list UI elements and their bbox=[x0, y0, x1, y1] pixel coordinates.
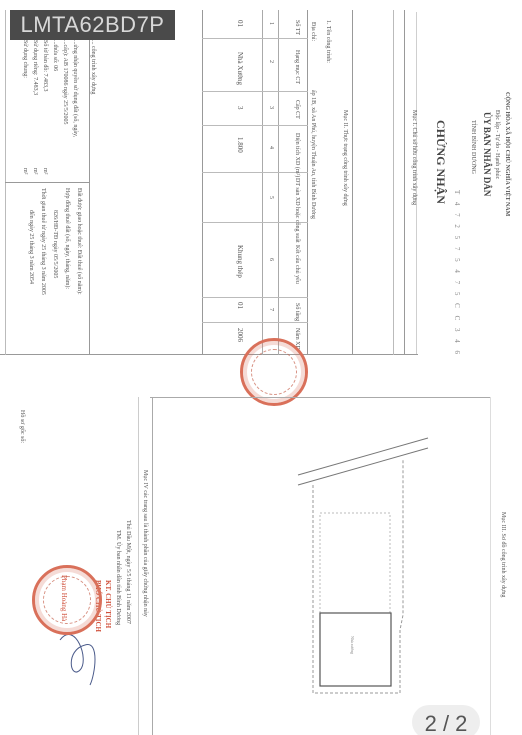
section-4-border bbox=[138, 397, 139, 735]
national-title: CỘNG HÒA XÃ HỘI CHỦ NGHĨA VIỆT NAM bbox=[504, 92, 510, 216]
land-unit: m² bbox=[22, 168, 28, 174]
authority-title: ỦY BAN NHÂN DÂN bbox=[482, 112, 492, 196]
lease-line: đến ngày 25 tháng 3 năm 2054 bbox=[28, 210, 34, 284]
table-index-divider bbox=[262, 10, 263, 355]
land-section-divider bbox=[5, 182, 90, 183]
land-line: Sử dụng riêng: 7.483,3 bbox=[32, 40, 38, 95]
section-2-border bbox=[352, 10, 353, 355]
table-border-bottom bbox=[202, 10, 203, 355]
col-sep bbox=[202, 125, 308, 126]
land-line: Sử dụng chung: bbox=[22, 40, 28, 78]
lease-line: Hợp đồng thuê đất (số, ngày, tháng, năm)… bbox=[64, 188, 70, 289]
col-sep bbox=[202, 297, 308, 298]
certificate-title: CHỨNG NHẬN bbox=[433, 120, 448, 204]
address-value: ấp 1B, xã An Phú, huyện Thuận An, tỉnh B… bbox=[310, 90, 316, 219]
table-cell: Khung thép bbox=[236, 245, 244, 278]
land-unit: m² bbox=[42, 168, 48, 174]
signer-org: TM. Ủy ban nhân dân tỉnh Bình Dương bbox=[115, 530, 121, 625]
land-unit: m² bbox=[32, 168, 38, 174]
place-date: Thủ Dầu Một, ngày 5/5 tháng 11 năm 2007 bbox=[125, 520, 131, 624]
section-1-title: Mục I. Chủ sở hữu công trình xây dựng bbox=[411, 110, 417, 205]
lease-line: Thời gian thuê từ ngày 25 tháng 3 năm 20… bbox=[40, 188, 46, 295]
table-header: Kết cấu chủ yếu bbox=[294, 245, 300, 284]
table-cell: 01 bbox=[236, 302, 244, 309]
col-sep bbox=[202, 222, 308, 223]
project-name-label: 1. Tên công trình: bbox=[325, 20, 331, 63]
table-index: 1 bbox=[268, 22, 274, 25]
table-cell: 1.800 bbox=[236, 137, 244, 153]
col-sep bbox=[202, 38, 308, 39]
table-header: Cấp CT bbox=[294, 100, 300, 119]
section-4-title: Mục IV các trang sau là thành phần của g… bbox=[142, 470, 148, 617]
land-line: ...ứng nhận quyền sử dụng đất (số, ngày, bbox=[72, 40, 78, 137]
table-header: Hạng mục CT bbox=[294, 50, 300, 84]
official-stamp-bottom bbox=[32, 565, 102, 635]
table-header: DT sàn XD hoặc công suất bbox=[294, 178, 300, 243]
table-index: 7 bbox=[268, 308, 274, 311]
page-indicator: 2 / 2 bbox=[412, 705, 480, 735]
land-line: ...thửa số: 06 bbox=[52, 40, 58, 71]
page-border-bottom bbox=[0, 354, 418, 355]
section-2-title: Mục II. Thực trạng công trình xây dựng bbox=[342, 110, 348, 206]
site-plan-diagram bbox=[140, 380, 522, 735]
record-number-label: Hồ sơ gốc số: bbox=[19, 410, 25, 443]
table-cell: 2006 bbox=[236, 328, 244, 342]
land-line: ...cấp): AB 170086 ngày 25/5/2005 bbox=[62, 40, 68, 125]
col-sep bbox=[202, 91, 308, 92]
table-index: 5 bbox=[268, 196, 274, 199]
col-sep bbox=[202, 172, 308, 173]
table-cell: 01 bbox=[236, 20, 244, 27]
table-index: 4 bbox=[268, 146, 274, 149]
lease-line: 826/HĐ-TĐ ngày 05/5/2005 bbox=[52, 210, 58, 278]
table-index: 3 bbox=[268, 106, 274, 109]
table-header: Diện tích XD (m²) bbox=[294, 133, 300, 177]
serial-number: T 4 7 2 5 7 5 4 7 5 C C 3 4 6 bbox=[453, 190, 461, 357]
table-border-top bbox=[307, 10, 308, 355]
table-index: 6 bbox=[268, 258, 274, 261]
table-index: 2 bbox=[268, 60, 274, 63]
motto: Độc lập - Tự do - Hạnh phúc bbox=[494, 110, 500, 179]
address-label: Địa chỉ: bbox=[310, 22, 316, 41]
land-line: Số tờ bản đồ: 7.483,3 bbox=[42, 40, 48, 92]
building-label: Nhà xưởng bbox=[350, 636, 355, 654]
table-header-divider bbox=[278, 10, 279, 355]
lease-line: Đất được giao hoặc thuê: Đất thuê (số nă… bbox=[76, 188, 82, 295]
table-header: Số TT bbox=[294, 20, 300, 35]
table-cell: Nhà Xưởng bbox=[236, 52, 244, 85]
col-sep bbox=[202, 322, 308, 323]
land-section-title: ... công trình xây dựng bbox=[90, 40, 96, 94]
province-title: TỈNH BÌNH DƯƠNG bbox=[470, 120, 476, 174]
table-header: Số tầng bbox=[294, 303, 300, 321]
table-cell: 3 bbox=[236, 106, 244, 110]
section-1-border-inner bbox=[393, 10, 394, 355]
document-id-watermark: LMTA62BD7P bbox=[10, 10, 175, 40]
section-1-border bbox=[404, 10, 405, 355]
